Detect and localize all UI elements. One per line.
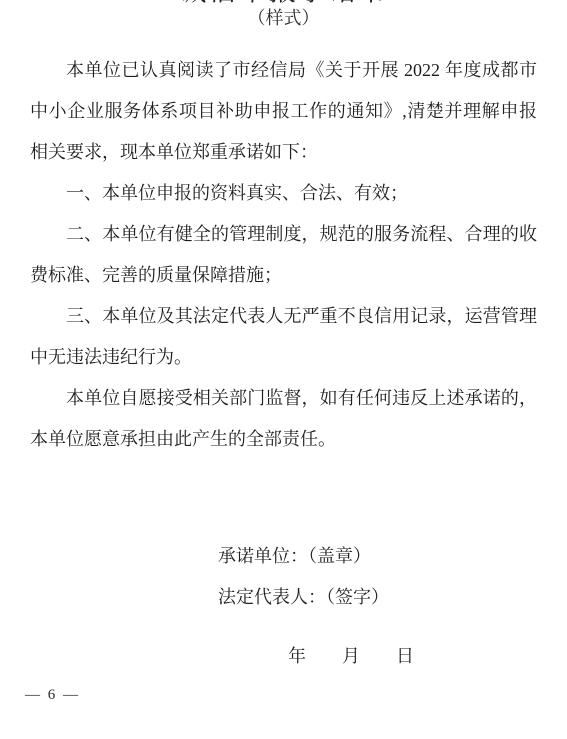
page-number: — 6 — <box>25 686 80 704</box>
paragraph-item-1: 一、本单位申报的资料真实、合法、有效； <box>30 173 537 214</box>
paragraph-item-2: 二、本单位有健全的管理制度，规范的服务流程、合理的收费标准、完善的质量保障措施； <box>30 214 537 296</box>
paragraph-intro: 本单位已认真阅读了市经信局《关于开展 2022 年度成都市中小企业服务体系项目补… <box>30 50 537 173</box>
signature-unit-line: 承诺单位：（盖章） <box>218 536 389 577</box>
paragraph-closing: 本单位自愿接受相关部门监督，如有任何违反上述承诺的，本单位愿意承担由此产生的全部… <box>30 378 537 460</box>
paragraph-item-3: 三、本单位及其法定代表人无严重不良信用记录，运营管理中无违法违纪行为。 <box>30 296 537 378</box>
clipped-document-title: 诚信申报承诺书 <box>0 0 567 5</box>
document-body: 本单位已认真阅读了市经信局《关于开展 2022 年度成都市中小企业服务体系项目补… <box>30 50 537 460</box>
document-page: 诚信申报承诺书 （样式） 本单位已认真阅读了市经信局《关于开展 2022 年度成… <box>0 0 567 739</box>
signature-representative-line: 法定代表人：（签字） <box>218 577 389 618</box>
date-line: 年 月 日 <box>288 642 414 670</box>
signature-block: 承诺单位：（盖章） 法定代表人：（签字） <box>218 536 389 618</box>
format-label: （样式） <box>0 7 567 29</box>
document-title-text: 诚信申报承诺书 <box>178 0 388 5</box>
